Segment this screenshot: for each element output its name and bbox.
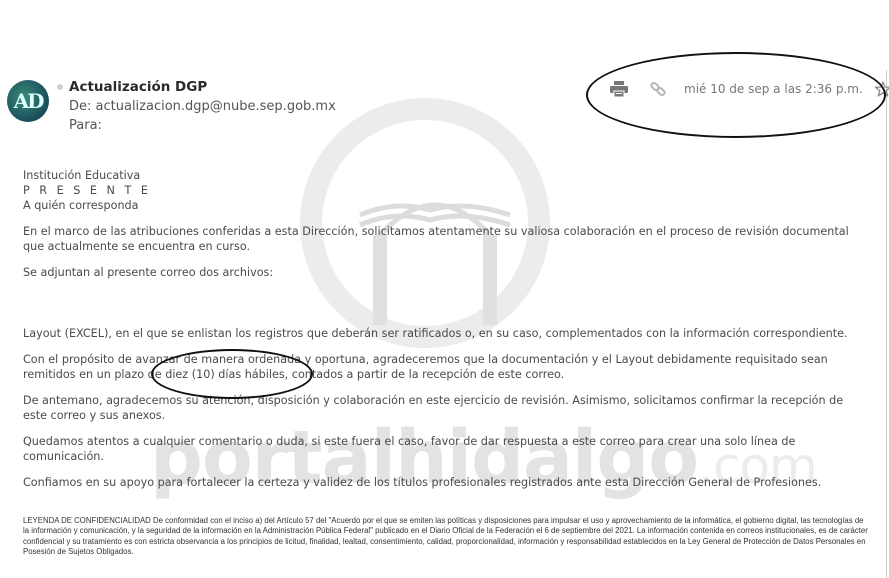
legal-title: LEYENDA DE CONFIDENCIALIDAD bbox=[23, 516, 151, 525]
recipient-line: Institución Educativa bbox=[23, 168, 863, 183]
body-paragraph: Con el propósito de avanzar de manera or… bbox=[23, 352, 863, 382]
recipient-line: A quién corresponda bbox=[23, 198, 863, 213]
body-paragraph: Layout (EXCEL), en el que se enlistan lo… bbox=[23, 326, 863, 341]
confidentiality-notice: LEYENDA DE CONFIDENCIALIDAD De conformid… bbox=[23, 516, 868, 557]
to-label: Para: bbox=[69, 118, 102, 133]
annotation-ellipse-deadline bbox=[151, 349, 313, 399]
body-paragraph: En el marco de las atribuciones conferid… bbox=[23, 224, 863, 254]
to-line: Para: bbox=[69, 118, 102, 133]
sender-name: Actualización DGP bbox=[69, 79, 207, 95]
annotation-ellipse-date bbox=[586, 52, 886, 138]
pane-border bbox=[886, 70, 887, 578]
message-body: Institución Educativa P R E S E N T E A … bbox=[23, 168, 863, 501]
unread-indicator bbox=[57, 84, 63, 90]
body-paragraph: Se adjuntan al presente correo dos archi… bbox=[23, 265, 863, 280]
from-address[interactable]: actualizacion.dgp@nube.sep.gob.mx bbox=[96, 99, 336, 114]
sender-avatar[interactable]: AD bbox=[7, 80, 49, 122]
recipient-line: P R E S E N T E bbox=[23, 183, 863, 198]
body-paragraph: Confiamos en su apoyo para fortalecer la… bbox=[23, 475, 863, 490]
from-label: De: bbox=[69, 99, 91, 114]
body-paragraph: De antemano, agradecemos su atención, di… bbox=[23, 393, 863, 423]
body-paragraph: Quedamos atentos a cualquier comentario … bbox=[23, 434, 863, 464]
from-line: De: actualizacion.dgp@nube.sep.gob.mx bbox=[69, 99, 336, 114]
